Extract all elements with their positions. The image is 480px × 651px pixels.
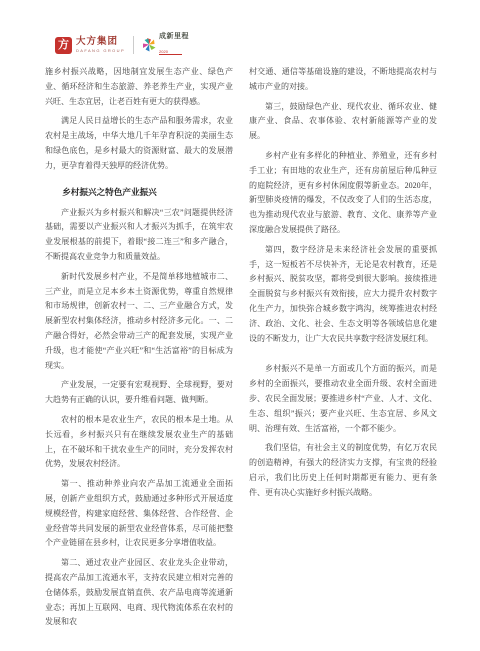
company-logo: 方 大方集团 DAFANG GROUP (55, 37, 125, 54)
paragraph: 新时代发展乡村产业，不是简单移地植城市二、三产业，而是立足本乡本土资源优势，尊重… (45, 270, 233, 374)
logo-divider (133, 36, 134, 54)
paragraph: 第二、通过农业产业园区、农业龙头企业带动，提高农产品加工流通水平，支持农民建立相… (45, 556, 233, 630)
document-page: 方 大方集团 DAFANG GROUP 成新里程 2020 (0, 0, 480, 651)
event-logo-text: 成新里程 2020 (159, 32, 189, 58)
paragraph: 乡村产业有多样化的种植业、养殖业，还有乡村手工业；有田地的农业生产，还有房前屋后… (249, 149, 437, 238)
paragraph: 村交通、通信等基础设施的建设，不断地提高农村与城市产业的对接。 (249, 65, 437, 95)
company-subtitle: DAFANG GROUP (76, 48, 125, 53)
left-column: 施乡村振兴战略，因地制宜发展生态产业、绿色产业、循环经济和生态旅游、养老养生产业… (45, 65, 233, 635)
paragraph: 农村的根本是农业生产，农民的根本是土地。从长远看，乡村振兴只有在继续发展农业生产… (45, 413, 233, 472)
dafang-logo-icon: 方 (55, 37, 72, 54)
paragraph: 产业发展，一定要有宏观视野、全球视野，要对大趋势有正确的认识，要升维看问题、做判… (45, 378, 233, 408)
calligraphy-text: 成新里程 (159, 32, 189, 40)
pinwheel-icon (141, 36, 157, 54)
header-logos: 方 大方集团 DAFANG GROUP 成新里程 2020 (55, 32, 480, 58)
paragraph: 第一、推动种养业向农产品加工流通业全面拓展，创新产业组织方式，鼓励通过多种形式开… (45, 477, 233, 551)
section-heading: 乡村振兴之特色产业振兴 (45, 185, 233, 199)
paragraph: 第三，鼓励绿色产业、现代农业、循环农业、健康产业、食品、农事体验、农村新能源等产… (249, 100, 437, 144)
paragraph: 满足人民日益增长的生态产品和服务需求，农业农村是主战场，中华大地几千年孕育积淀的… (45, 114, 233, 173)
paragraph: 我们坚信，有社会主义的制度优势，有亿万农民的创造精神，有强大的经济实力支撑，有宝… (249, 441, 437, 500)
right-column: 村交通、通信等基础设施的建设，不断地提高农村与城市产业的对接。 第三，鼓励绿色产… (249, 65, 437, 635)
paragraph: 第四，数字经济是未来经济社会发展的重要抓手，这一短板若不尽快补齐，无论是农村教育… (249, 243, 437, 347)
event-logo: 成新里程 2020 (141, 32, 189, 58)
paragraph: 施乡村振兴战略，因地制宜发展生态产业、绿色产业、循环经济和生态旅游、养老养生产业… (45, 65, 233, 109)
event-year: 2020 (159, 49, 182, 55)
company-name: 大方集团 (76, 37, 125, 47)
paragraph: 产业振兴为乡村振兴和解决“三农”问题提供经济基础，需要以产业振兴和人才振兴为抓手… (45, 206, 233, 265)
company-logo-text: 大方集团 DAFANG GROUP (76, 37, 125, 53)
paragraph: 乡村振兴不是单一方面或几个方面的振兴，而是乡村的全面振兴，要推动农业全面升级、农… (249, 362, 437, 436)
article-columns: 施乡村振兴战略，因地制宜发展生态产业、绿色产业、循环经济和生态旅游、养老养生产业… (45, 65, 437, 635)
